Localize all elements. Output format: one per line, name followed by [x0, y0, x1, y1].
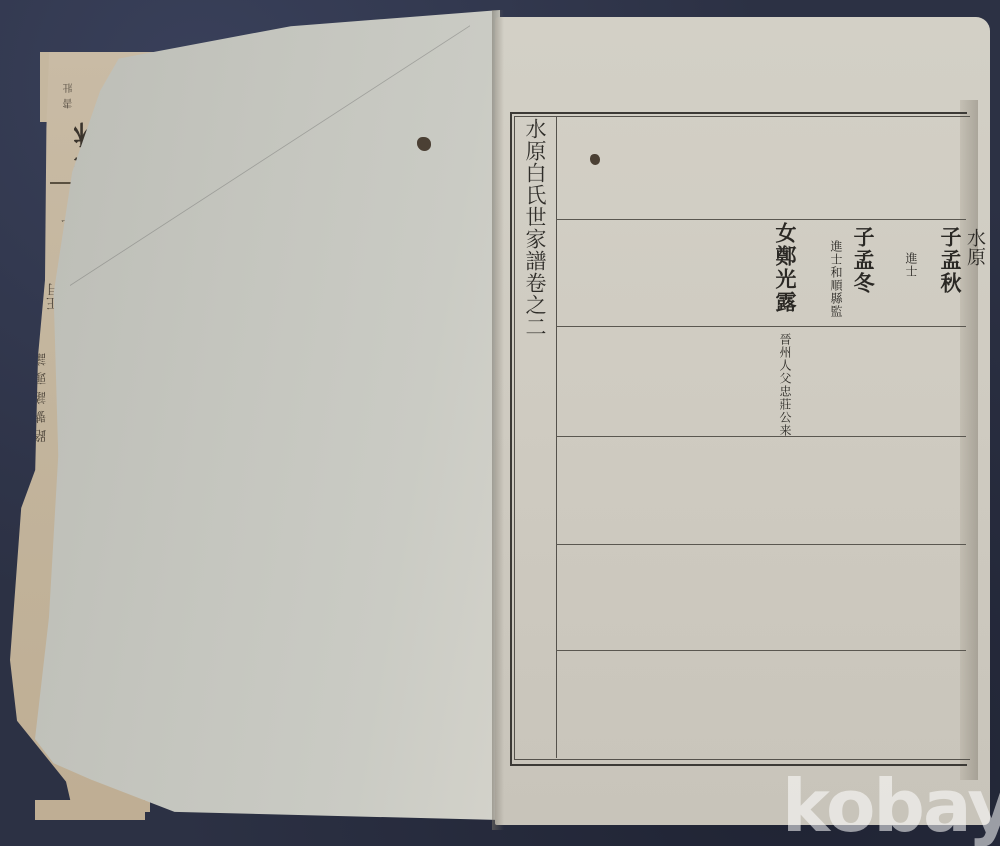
entry-note: 晉州人父忠莊公来: [777, 333, 794, 437]
entry-name: 子孟冬: [848, 226, 878, 295]
row-divider: [556, 436, 966, 437]
row-divider: [556, 650, 966, 651]
ink-stain: [590, 154, 600, 165]
row-divider: [556, 326, 966, 327]
entry-name: 子孟秋: [935, 226, 965, 295]
ink-stain: [417, 137, 431, 151]
left-page-torn-corner: [35, 800, 145, 820]
book-spine: [492, 10, 504, 830]
watermark-logo: kobay: [782, 764, 1000, 846]
page-border-inner: [514, 116, 970, 760]
row-divider: [556, 219, 966, 220]
row-divider: [556, 544, 966, 545]
entry-note: 進士和順縣監: [828, 240, 845, 318]
entry-name: 女鄭光露: [770, 222, 800, 314]
next-page-title-fragment: 水原: [962, 228, 989, 266]
book-title: 水原白氏世家譜卷之二: [517, 118, 553, 338]
entry-note: 進士: [903, 252, 920, 278]
